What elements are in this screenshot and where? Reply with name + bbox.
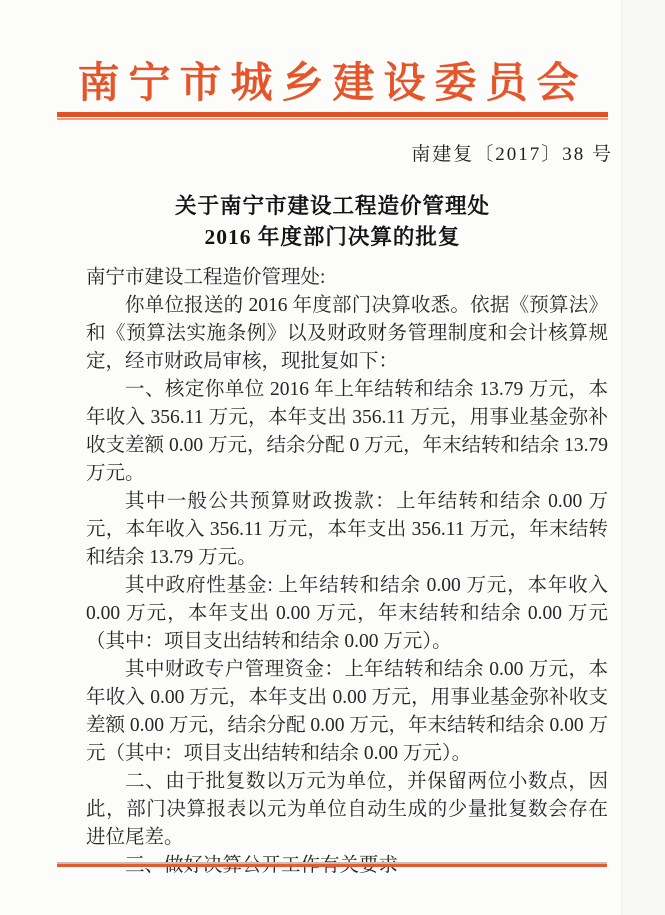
document-title: 关于南宁市建设工程造价管理处 2016 年度部门决算的批复 [0,191,665,253]
body-paragraph: 其中政府性基金: 上年结转和结余 0.00 万元，本年收入 0.00 万元，本年… [86,572,608,656]
body-paragraph: 其中财政专户管理资金：上年结转和结余 0.00 万元，本年收入 0.00 万元，… [86,656,608,768]
body-paragraph: 其中一般公共预算财政拨款：上年结转和结余 0.00 万元，本年收入 356.11… [86,488,608,572]
body-paragraph: 二、由于批复数以万元为单位，并保留两位小数点，因此，部门决算报表以元为单位自动生… [86,768,608,852]
body-paragraphs: 你单位报送的 2016 年度部门决算收悉。依据《预算法》和《预算法实施条例》以及… [86,292,608,880]
letterhead-rule [57,112,608,120]
document-number: 南建复〔2017〕38 号 [411,139,613,166]
body-paragraph: 你单位报送的 2016 年度部门决算收悉。依据《预算法》和《预算法实施条例》以及… [86,292,608,376]
letterhead-org-name: 南宁市城乡建设委员会 [0,50,665,110]
letterhead-rule-thin [57,118,608,120]
document-body: 南宁市建设工程造价管理处: 你单位报送的 2016 年度部门决算收悉。依据《预算… [86,264,608,880]
document-page: 南宁市城乡建设委员会 南建复〔2017〕38 号 关于南宁市建设工程造价管理处 … [0,0,665,915]
footer-rule-orange [57,864,607,867]
salutation: 南宁市建设工程造价管理处: [86,264,608,292]
scan-shade-artifact [622,0,665,915]
body-paragraph: 一、核定你单位 2016 年上年结转和结余 13.79 万元，本年收入 356.… [86,376,608,488]
scan-line-artifact [621,0,622,915]
footer-rule [57,862,607,867]
document-title-line1: 关于南宁市建设工程造价管理处 [0,191,665,222]
document-title-line2: 2016 年度部门决算的批复 [0,222,665,253]
